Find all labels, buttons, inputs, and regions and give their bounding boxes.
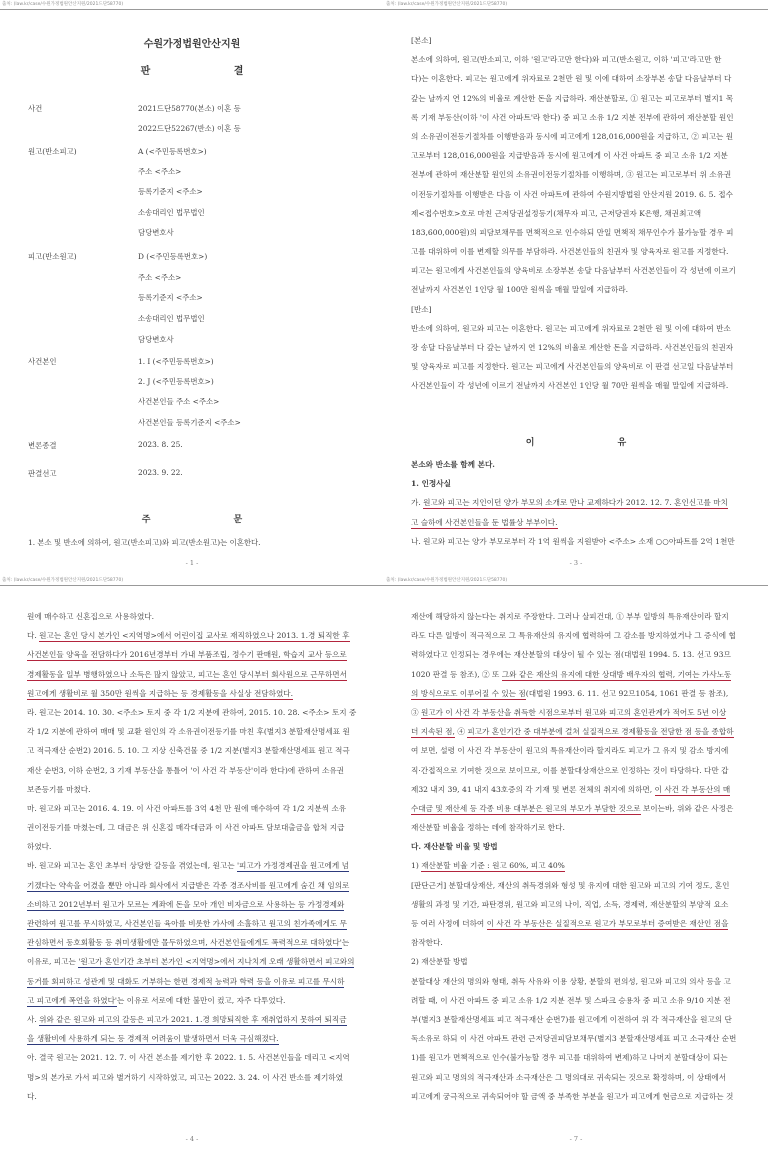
text-line: 1020 판결 등 참조), ② 또 그와 같은 재산의 유지에 대한 상대방 … — [411, 665, 741, 684]
field-label: 원고(반소피고) — [28, 146, 128, 157]
highlighted-text: 을 생활비에 사용하게 되는 등 경제적 어려움이 발생하면서 더욱 극심해졌다… — [27, 1034, 279, 1045]
text-line: 참작한다. — [411, 933, 741, 952]
text-line: 고로부터 128,016,000원을 지급받음과 동시에 원고에게 이 사건 아… — [411, 146, 741, 165]
subsection-heading: 2) 재산분할 방법 — [411, 952, 741, 971]
field-value: 2021드단58770(본소) 이혼 등 — [138, 103, 241, 114]
header-divider — [0, 9, 384, 10]
text-line: 보존등기를 마쳤다. — [27, 780, 357, 799]
field-value: A (<주민등록번호>) — [138, 146, 207, 157]
text-line: 사건본인들 양육을 전담하다가 2016년경부터 가내 부품조립, 정수기 판매… — [27, 645, 357, 664]
text-line: 경제활동을 일부 병행하였으나 소득은 많지 않았고, 피고는 혼인 당시부터 … — [27, 665, 357, 684]
facts-body: 원에 매수하고 신혼집으로 사용하였다. 다. 원고는 혼인 당시 본가인 <지… — [27, 607, 357, 1106]
field-value: 2023. 8. 25. — [138, 440, 183, 449]
item-marker: 다. — [27, 631, 39, 640]
highlighted-text: 원고는 혼인 당시 본가인 <지역명>에서 어린이집 교사로 재직하였으나 20… — [39, 631, 349, 642]
fact-na: 나. 원고와 피고는 양가 부모로부터 각 1억 원씩을 지원받아 <주소> 소… — [411, 532, 741, 551]
order-text: 1. 본소 및 반소에 의하여, 원고(반소피고)와 피고(반소원고)는 이혼한… — [28, 537, 368, 548]
text-line: 수대금 및 재산세 등 각종 비용 대부분은 원고의 부모가 부담한 것으로 보… — [411, 799, 741, 818]
item-marker: 1) — [411, 861, 421, 870]
highlighted-text: 재산분할 비율 기준 : 원고 60%, 피고 40% — [421, 861, 565, 872]
field-value: 소송대리인 법무법인 — [138, 207, 205, 218]
source-header: 출처: (law.kr/case/수원가정법원안산지원/2021드단58770) — [386, 1, 507, 7]
field-value: 2023. 9. 22. — [138, 468, 183, 477]
text-line: 하였다. — [27, 837, 357, 856]
field-value: 소송대리인 법무법인 — [138, 313, 205, 324]
text-line: 직·간접적으로 기여한 것으로 보이므로, 이를 분할대상재산으로 인정하는 것… — [411, 761, 741, 780]
text-span: ④ — [455, 727, 467, 736]
field-label: 판결선고 — [28, 468, 128, 479]
division-ratio: 1) 재산분할 비율 기준 : 원고 60%, 피고 40% — [411, 856, 741, 875]
text-line: 원고에게 생활비로 월 350만 원씩을 지급하는 등 경제활동을 사실상 전담… — [27, 684, 357, 703]
text-line: 전날까지 사건본인 1인당 월 100만 원씩을 매월 말일에 지급하라. — [411, 280, 741, 299]
text-line: 원에 매수하고 신혼집으로 사용하였다. — [27, 607, 357, 626]
fact-ma: 마. 원고와 피고는 2016. 4. 19. 이 사건 아파트를 3억 4천 … — [27, 799, 357, 818]
field-label: 사건본인 — [28, 356, 128, 367]
text-line: 각 1/2 지분에 관하여 매매 및 교환 원인의 각 소유권이전등기를 마친 … — [27, 722, 357, 741]
page-number: - 3 - — [384, 559, 768, 567]
facts-heading: 1. 인정사실 — [411, 474, 741, 493]
reason-intro: 본소와 반소를 함께 본다. — [411, 455, 741, 474]
text-line: 고 적극재산 순번2) 2016. 5. 10. 그 지상 신축건물 중 1/2… — [27, 741, 357, 760]
text-line: 을 생활비에 사용하게 되는 등 경제적 어려움이 발생하면서 더욱 극심해졌다… — [27, 1029, 357, 1048]
highlighted-text: 고 슬하에 사건본인들을 둔 법률상 부부이다. — [411, 518, 558, 529]
page-number: - 1 - — [0, 559, 384, 567]
subheading-main-suit: [본소] — [411, 31, 741, 50]
page-1: 출처: (law.kr/case/수원가정법원안산지원/2021드단58770)… — [0, 0, 384, 576]
reason-body: 본소와 반소를 함께 본다. 1. 인정사실 가. 원고와 피고는 지인이던 양… — [411, 455, 741, 551]
text-line: 의 방식으로도 이루어질 수 있는 점(대법원 1993. 6. 11. 선고 … — [411, 684, 741, 703]
field-value: 사건본인들 등록기준지 <주소> — [138, 417, 241, 428]
fact-ga-line1: 가. 원고와 피고는 지인이던 양가 부모의 소개로 만나 교제하다가 2012… — [411, 493, 741, 512]
text-line: 원고와 피고 명의의 적극재산과 소극재산은 그 명의대로 귀속되는 것으로 확… — [411, 1068, 741, 1087]
text-line: 관심하면서 동호회활동 등 취미생활에만 몰두하였으며, 사건본인들에게도 폭력… — [27, 933, 357, 952]
fact-a: 아. 결국 원고는 2021. 12. 7. 이 사건 본소를 제기한 후 20… — [27, 1048, 357, 1067]
header-divider — [384, 9, 768, 10]
fact-da: 다. 원고는 혼인 당시 본가인 <지역명>에서 어린이집 교사로 재직하였으나… — [27, 626, 357, 645]
highlighted-text: '원고가 혼인기간 초부터 본가인 <지역명>에서 지나치게 오래 생활하면서 … — [78, 957, 354, 968]
highlighted-text: 사건본인들 양육을 전담하다가 2016년경부터 가내 부품조립, 정수기 판매… — [27, 650, 347, 661]
text-line: 독소유로 하되 이 사건 아파트 관련 근저당권피담보채무(별지3 분할재산명세… — [411, 1029, 741, 1048]
highlighted-text: 고 피고에게 폭언을 하였다' — [27, 996, 117, 1007]
text-line: 기겠다는 약속을 어겼을 뿐만 아니라 회사에서 지급받은 각종 경조사비를 원… — [27, 876, 357, 895]
court-name: 수원가정법원안산지원 — [0, 35, 384, 50]
text-span: 보이는바, 위와 같은 사정은 — [641, 804, 734, 813]
field-value: 1. I (<주민등록번호>) — [138, 356, 214, 367]
highlighted-text: 소비하고 2012년부터 원고가 모르는 계좌에 돈을 모아 개인 비자금으로 … — [27, 900, 344, 911]
text-line: 의 소유권이전등기절차를 이행받음과 동시에 피고에게 128,016,000원… — [411, 127, 741, 146]
text-span: 제32 내지 39, 41 내지 43호증의 각 기재 및 변론 전체의 취지에… — [411, 785, 655, 794]
highlighted-text: 더 지속된 점, — [411, 727, 455, 738]
text-line: 명>의 본가로 가서 피고와 별거하기 시작하였고, 피고는 2022. 3. … — [27, 1068, 357, 1087]
section-heading: 다. 재산분할 비율 및 방법 — [411, 837, 741, 856]
header-divider — [0, 585, 384, 586]
field-value: 등록기준지 <주소> — [138, 186, 203, 197]
text-line: 라도 다른 일방이 적극적으로 그 특유재산의 유지에 협력하여 그 감소를 방… — [411, 626, 741, 645]
field-value: 사건본인들 주소 <주소> — [138, 396, 219, 407]
page-3: 출처: (law.kr/case/수원가정법원안산지원/2021드단58770)… — [384, 0, 768, 576]
highlighted-text: 이 사건 각 부동산의 매 — [655, 785, 731, 796]
text-line: 력하였다고 인정되는 경우에는 재산분할의 대상이 될 수 있는 점(대법원 1… — [411, 645, 741, 664]
highlighted-text: 관심하면서 동호회활동 등 취미생활에만 몰두하였으며, 사건본인들에게도 폭력… — [27, 938, 342, 949]
field-value: 등록기준지 <주소> — [138, 292, 203, 303]
item-marker: 사. — [27, 1015, 39, 1024]
field-value: 2022드단52267(반소) 이혼 등 — [138, 123, 241, 134]
field-label: 피고(반소원고) — [28, 251, 128, 262]
text-line: ③ 원고가 이 사건 각 부동산을 취득한 시점으로부터 원고와 피고의 혼인관… — [411, 703, 741, 722]
field-value: 주소 <주소> — [138, 166, 181, 177]
text-line: 전부에 관하여 재산분할 원인의 소유권이전등기절차를 이행하며, ③ 원고는 … — [411, 165, 741, 184]
text-line: 이전등기절차를 이행받은 다음 이 사건 아파트에 관하여 수원지방법원 안산지… — [411, 185, 741, 204]
field-value: 담당변호사 — [138, 334, 174, 345]
text-span: 이유로, 피고는 — [27, 957, 78, 966]
page-number: - 7 - — [384, 1135, 768, 1143]
highlighted-text: 피고가 혼인기간 중 대부분에 걸쳐 실질적으로 경제활동을 전담한 점 등을 … — [467, 727, 733, 738]
text-line: 부(별지3 분할재산명세표 피고 적극재산 순번7)를 원고에게 이전하여 위 … — [411, 1010, 741, 1029]
field-value: 2. J (<주민등록번호>) — [138, 376, 214, 387]
text-line: 제<접수번호>호로 마친 근저당권설정등기(채무자 피고, 근저당권자 K은행,… — [411, 204, 741, 223]
highlighted-text: 그와 같은 재산의 유지에 대한 상대방 배우자의 협력, 기여는 가사노동 — [502, 670, 732, 681]
text-line: 재산 순번3, 이하 순번2, 3 기재 부동산을 통틀어 '이 사건 각 부동… — [27, 761, 357, 780]
highlighted-text: 이 사건 각 부동산은 실질적으로 원고가 부모로부터 증여받은 재산인 점을 — [487, 919, 729, 930]
property-division-body: 재산에 해당하지 않는다는 취지로 주장한다. 그러나 살피건대, ① 부부 일… — [411, 607, 741, 1106]
highlighted-text: 관련하여 원고를 무시하였고, 사건본인들 육아를 비롯한 가사에 소홀하고 원… — [27, 919, 347, 930]
item-marker: 가. — [411, 498, 423, 507]
highlighted-text: 동거를 회피하고 성관계 및 대화도 거부하는 한편 경제적 능력과 학력 등을… — [27, 977, 344, 988]
text-span: 는 이유로 서로에 대한 불만이 컸고, 자주 다투었다. — [117, 996, 285, 1005]
highlighted-text: 수대금 및 재산세 등 각종 비용 대부분은 원고의 부모가 부담한 것으로 — [411, 804, 641, 815]
highlighted-text: 원고가 이 사건 각 부동산을 취득한 시점으로부터 원고와 피고의 혼인관계가… — [421, 708, 726, 719]
highlighted-text: 의 방식으로도 이루어질 수 있는 점 — [411, 689, 526, 700]
text-line: 더 지속된 점, ④ 피고가 혼인기간 중 대부분에 걸쳐 실질적으로 경제활동… — [411, 722, 741, 741]
subheading-counter-suit: [반소] — [411, 300, 741, 319]
field-value: 담당변호사 — [138, 227, 174, 238]
text-line: 고를 대위하여 이를 변제할 의무를 부담하라. 사건본인들의 친권자 및 양육… — [411, 242, 741, 261]
text-line: 고 피고에게 폭언을 하였다'는 이유로 서로에 대한 불만이 컸고, 자주 다… — [27, 991, 357, 1010]
source-header: 출처: (law.kr/case/수원가정법원안산지원/2021드단58770) — [386, 577, 507, 583]
text-span: ③ — [411, 708, 421, 717]
text-line: 분할대상 재산의 명의와 형태, 취득 사유와 이용 상황, 분할의 편의성, … — [411, 972, 741, 991]
text-line: 재산에 해당하지 않는다는 취지로 주장한다. 그러나 살피건대, ① 부부 일… — [411, 607, 741, 626]
text-line: 이유로, 피고는 '원고가 혼인기간 초부터 본가인 <지역명>에서 지나치게 … — [27, 952, 357, 971]
text-line: 본소에 의하여, 원고(반소피고, 이하 '원고'라고만 한다)와 피고(반소원… — [411, 50, 741, 69]
header-divider — [384, 585, 768, 586]
fact-ra: 라. 원고는 2014. 10. 30. <주소> 토지 중 각 1/2 지분에… — [27, 703, 357, 722]
field-value: D (<주민등록번호>) — [138, 251, 207, 262]
highlighted-text: 원고와 피고는 지인이던 양가 부모의 소개로 만나 교제하다가 2012. 1… — [423, 498, 728, 509]
text-line: 사건본인들이 각 성년에 이르기 전날까지 사건본인 1인당 월 70만 원씩을… — [411, 376, 741, 395]
text-line: 관련하여 원고를 무시하였고, 사건본인들 육아를 비롯한 가사에 소홀하고 원… — [27, 914, 357, 933]
fact-sa: 사. 위와 같은 원고와 피고의 갈등은 피고가 2021. 1.경 희망퇴직한… — [27, 1010, 357, 1029]
text-line: 생활의 과정 및 기간, 파탄경위, 원고와 피고의 나이, 직업, 소득, 경… — [411, 895, 741, 914]
text-line: 피고에게 궁극적으로 귀속되어야 할 금액 중 부족한 부분을 원고가 피고에게… — [411, 1087, 741, 1106]
text-line: 재산분할 비율을 정하는 데에 참작하기로 한다. — [411, 818, 741, 837]
text-span: 는 — [342, 938, 349, 947]
page-number: - 4 - — [0, 1135, 384, 1143]
order-body: [본소] 본소에 의하여, 원고(반소피고, 이하 '원고'라고만 한다)와 피… — [411, 31, 741, 396]
text-span: (대법원 1993. 6. 11. 선고 92므1054, 1061 판결 등 … — [526, 689, 729, 698]
source-header: 출처: (law.kr/case/수원가정법원안산지원/2021드단58770) — [2, 577, 123, 583]
highlighted-text: 원고에게 생활비로 월 350만 원씩을 지급하는 등 경제활동을 사실상 전담… — [27, 689, 293, 700]
text-line: 반소에 의하여, 원고와 피고는 이혼한다. 원고는 피고에게 위자료로 2천만… — [411, 319, 741, 338]
text-span: 등 여러 사정에 더하여 — [411, 919, 487, 928]
page-7: 출처: (law.kr/case/수원가정법원안산지원/2021드단58770)… — [384, 576, 768, 1152]
fact-ba: 바. 원고와 피고는 혼인 초부터 상당한 갈등을 겪었는데, 원고는 '피고가… — [27, 856, 357, 875]
text-line: 갚는 날까지 연 12%의 비율로 계산한 돈을 지급하라. 재산분할로, ① … — [411, 89, 741, 108]
field-label: 사건 — [28, 103, 128, 114]
text-line: 여 보면, 설령 이 사건 각 부동산이 원고의 특유재산이라 할지라도 피고가… — [411, 741, 741, 760]
field-value: 주소 <주소> — [138, 272, 181, 283]
text-line: 183,600,000원)의 피담보채무를 면책적으로 인수하되 만일 면책적 … — [411, 223, 741, 242]
reason-title: 이 유 — [384, 435, 768, 448]
text-line: 및 양육자로 피고를 지정한다. 원고는 피고에게 사건본인들의 양육비로 이 … — [411, 357, 741, 376]
highlighted-text: 기겠다는 약속을 어겼을 뿐만 아니라 회사에서 지급받은 각종 경조사비를 원… — [27, 881, 349, 892]
text-line: [판단근거] 분할대상재산, 재산의 취득경위와 형성 및 유지에 대한 원고와… — [411, 876, 741, 895]
order-title: 주 문 — [0, 512, 384, 525]
text-line: 등 여러 사정에 더하여 이 사건 각 부동산은 실질적으로 원고가 부모로부터… — [411, 914, 741, 933]
text-line: 제32 내지 39, 41 내지 43호증의 각 기재 및 변론 전체의 취지에… — [411, 780, 741, 799]
page-4: 출처: (law.kr/case/수원가정법원안산지원/2021드단58770)… — [0, 576, 384, 1152]
text-line: 동거를 회피하고 성관계 및 대화도 거부하는 한편 경제적 능력과 학력 등을… — [27, 972, 357, 991]
text-line: 다. — [27, 1087, 357, 1106]
text-line: 록 기재 부동산(이하 '이 사건 아파트'라 한다) 중 피고 소유 1/2 … — [411, 108, 741, 127]
fact-ga-line2: 고 슬하에 사건본인들을 둔 법률상 부부이다. — [411, 513, 741, 532]
text-line: 다)는 이혼한다. 피고는 원고에게 위자료로 2천만 원 및 이에 대하여 소… — [411, 69, 741, 88]
highlighted-text: '피고가 가정경제권을 원고에게 넘 — [237, 861, 349, 872]
text-line: 려할 때, 이 사건 아파트 중 피고 소유 1/2 지분 전부 및 스파크 승… — [411, 991, 741, 1010]
highlighted-text: 위와 같은 원고와 피고의 갈등은 피고가 2021. 1.경 희망퇴직한 후 … — [39, 1015, 346, 1026]
field-label: 변론종결 — [28, 440, 128, 451]
source-header: 출처: (law.kr/case/수원가정법원안산지원/2021드단58770) — [2, 1, 123, 7]
text-span: 1020 판결 등 참조), ② 또 — [411, 670, 502, 679]
text-line: 소비하고 2012년부터 원고가 모르는 계좌에 돈을 모아 개인 비자금으로 … — [27, 895, 357, 914]
highlighted-text: 경제활동을 일부 병행하였으나 소득은 많지 않았고, 피고는 혼인 당시부터 … — [27, 670, 347, 681]
text-line: 권이전등기를 마쳤는데, 그 대금은 위 신혼집 매각대금과 이 사건 아파트 … — [27, 818, 357, 837]
text-span: 바. 원고와 피고는 혼인 초부터 상당한 갈등을 겪었는데, 원고는 — [27, 861, 237, 870]
text-line: 1)를 원고가 면책적으로 인수(불가능할 경우 피고를 대위하여 변제)하고 … — [411, 1048, 741, 1067]
document-type: 판 결 — [0, 62, 384, 77]
text-line: 피고는 원고에게 사건본인들의 양육비로 소장부본 송달 다음날부터 사건본인들… — [411, 261, 741, 280]
text-line: 장 송달 다음날부터 다 갚는 날까지 연 12%의 비율로 계산한 돈을 지급… — [411, 338, 741, 357]
